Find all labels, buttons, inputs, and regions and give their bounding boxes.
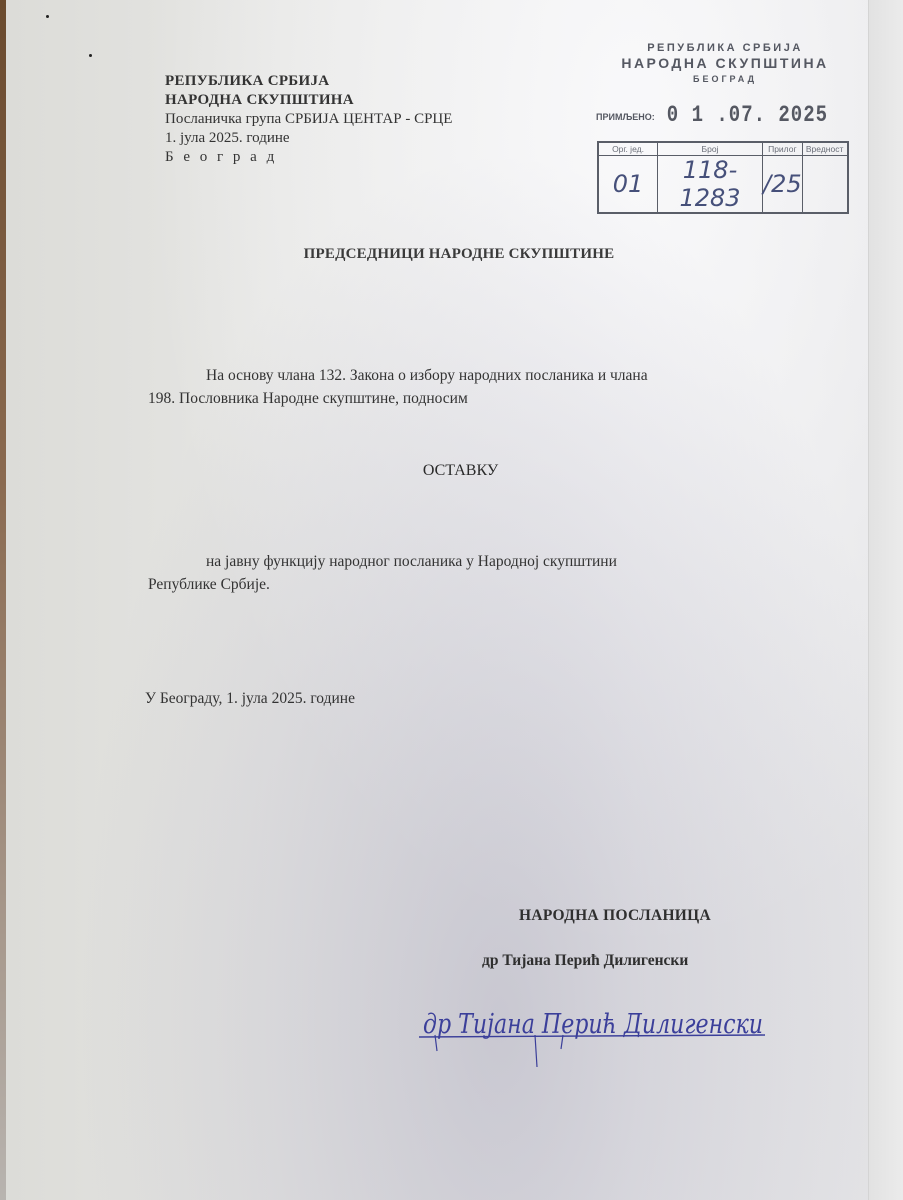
letterhead-group: Посланичка група СРБИЈА ЦЕНТАР - СРЦЕ: [165, 110, 452, 129]
signatory-title: НАРОДНА ПОСЛАНИЦА: [519, 907, 711, 925]
body-line-1: на јавну функцију народног посланика у Н…: [148, 550, 748, 573]
intro-paragraph: На основу члана 132. Закона о избору нар…: [148, 364, 748, 410]
ink-speck: [46, 15, 49, 18]
registration-table-row: 01 118-1283 /25: [598, 156, 848, 214]
handwritten-signature: др Тијана Перић Дилигенски: [415, 1005, 785, 1075]
stamp-received-label: ПРИМЉЕНО:: [596, 112, 655, 122]
value-value: [802, 156, 848, 214]
value-number: 118-1283: [658, 156, 763, 214]
letterhead-republic: РЕПУБЛИКА СРБИЈА: [165, 72, 452, 91]
signature-text: др Тијана Перић Дилигенски: [423, 1009, 763, 1040]
intro-line-2: 198. Пословника Народне скупштине, подно…: [148, 387, 748, 410]
signatory-name: др Тијана Перић Дилигенски: [482, 952, 688, 970]
stamp-received-row: ПРИМЉЕНО: 0 1 .07. 2025: [596, 104, 828, 126]
ink-speck: [89, 54, 92, 57]
stamp-assembly: НАРОДНА СКУПШТИНА: [610, 55, 840, 71]
header-number: Број: [658, 142, 763, 156]
page-fold: [868, 0, 903, 1200]
header-org-unit: Орг. јед.: [598, 142, 658, 156]
body-line-2: Републике Србије.: [148, 573, 748, 596]
intro-line-1: На основу члана 132. Закона о избору нар…: [148, 364, 748, 387]
letterhead-city: Б е о г р а д: [165, 148, 452, 167]
addressee: ПРЕДСЕДНИЦИ НАРОДНЕ СКУПШТИНЕ: [0, 246, 903, 263]
stamp-received-date: 0 1 .07. 2025: [667, 102, 828, 128]
place-and-date: У Београду, 1. јула 2025. године: [145, 690, 355, 708]
stamp-republic: РЕПУБЛИКА СРБИЈА: [610, 42, 840, 54]
reception-stamp: РЕПУБЛИКА СРБИЈА НАРОДНА СКУПШТИНА БЕОГР…: [590, 42, 840, 84]
value-org-unit: 01: [598, 156, 658, 214]
letterhead-assembly: НАРОДНА СКУПШТИНА: [165, 91, 452, 110]
registration-table: Орг. јед. Број Прилог Вредност 01 118-12…: [597, 141, 849, 214]
letterhead: РЕПУБЛИКА СРБИЈА НАРОДНА СКУПШТИНА Посла…: [165, 72, 452, 167]
header-value: Вредност: [802, 142, 848, 156]
stamp-city: БЕОГРАД: [610, 74, 840, 84]
letterhead-date: 1. јула 2025. године: [165, 129, 452, 148]
value-attachment: /25: [763, 156, 803, 214]
body-paragraph: на јавну функцију народног посланика у Н…: [148, 550, 748, 596]
addressee-text: ПРЕДСЕДНИЦИ НАРОДНЕ СКУПШТИНЕ: [304, 246, 615, 262]
header-attachment: Прилог: [763, 142, 803, 156]
subject-text: ОСТАВКУ: [423, 462, 498, 479]
registration-table-header: Орг. јед. Број Прилог Вредност: [598, 142, 848, 156]
subject: ОСТАВКУ: [0, 462, 903, 480]
